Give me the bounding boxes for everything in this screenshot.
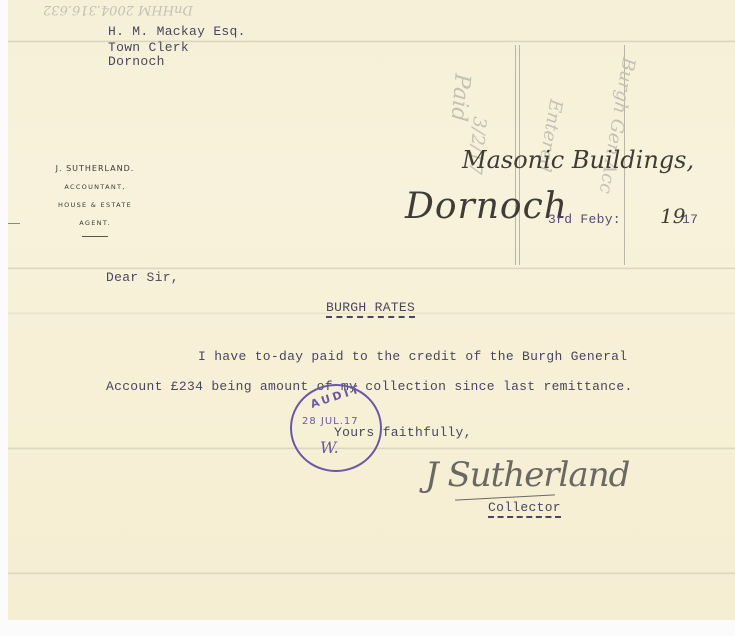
addressee-title: Town Clerk [108,40,189,55]
archive-reference: DnHHM 2004.316.632 [43,2,193,17]
margin-dash [8,223,20,224]
letterhead-line: AGENT. [40,214,150,232]
letterhead: J. SUTHERLAND. ACCOUNTANT, HOUSE & ESTAT… [40,160,150,237]
address-script: Masonic Buildings, [462,146,694,174]
pencil-note: Burgh Gen Acc [595,56,640,195]
fold-line [8,572,735,575]
letterhead-line: ACCOUNTANT, [40,178,150,196]
signature: J Sutherland [425,455,629,495]
signatory-title: Collector [488,500,561,518]
place-script: Dornoch [405,186,568,227]
subject-heading: BURGH RATES [326,300,415,318]
salutation: Dear Sir, [106,270,179,285]
stamp-initials: W. [320,438,339,457]
letterhead-line: HOUSE & ESTATE [40,196,150,214]
date-typed: 3rd Feby: [548,212,621,227]
addressee-name: H. M. Mackay Esq. [108,24,246,39]
year-typed: 17 [682,212,698,227]
addressee-town: Dornoch [108,54,165,69]
body-line-1: I have to-day paid to the credit of the … [198,349,627,364]
letterhead-name: J. SUTHERLAND. [40,160,150,178]
closing: Yours faithfully, [334,425,472,440]
letterhead-rule [82,236,108,237]
